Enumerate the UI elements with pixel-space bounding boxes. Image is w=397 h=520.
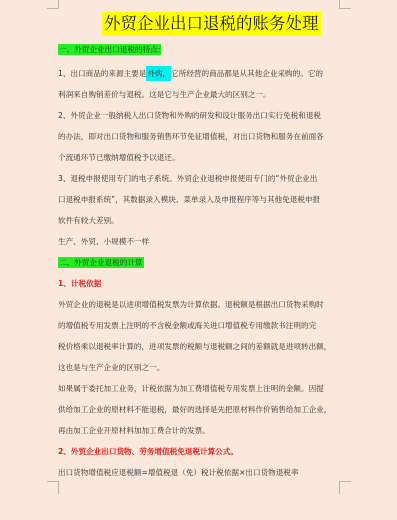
item3-line1: 3、退税申报使用专门的电子系统。外贸企业退税申报使用专门的“外贸企业出 [58, 173, 317, 185]
item1-highlight: 外购， [146, 66, 171, 81]
item1-line1: 1、出口商品的来源主要是外购，它所经营的商品都是从其他企业采购的。它的 [58, 68, 323, 80]
document-title: 外贸企业出口退税的账务处理 [102, 12, 321, 36]
page-corner-top-left [47, 0, 59, 9]
item2-line2: 的办法，即对出口货物和服务销售环节免征增值税，对出口货物和服务在前面各 [58, 131, 324, 143]
sub1-para1-line2: 的增值税专用发票上注明的不含税金额或海关进口增值税专用缴款书注明的完 [58, 320, 316, 332]
sub1-para2-line3: 再由加工企业开原材料加加工费合计的发票。 [58, 425, 210, 437]
item2-line3: 个流通环节已缴纳增值税予以退还。 [58, 152, 180, 164]
sub1-para1-line1: 外贸企业的退税是以进项增值税发票为计算依据。退税额是根据出口货物采购时 [58, 299, 324, 311]
page-corner-top-right [339, 0, 351, 9]
section1-heading-line: 一、外贸企业出口退税的特点: [58, 44, 161, 56]
item1-prefix: 1、出口商品的来源主要是 [58, 69, 146, 78]
section2-heading-line: 二、外贸企业退税的计算 [58, 257, 144, 269]
page-corner-bottom-left [47, 481, 59, 494]
page-corner-bottom-right [339, 481, 351, 494]
sub1-para2-line2: 供给加工企业的原材料不能退税，最好的选择是先把原材料作价销售给加工企业， [58, 404, 331, 416]
item1-suffix: 它所经营的商品都是从其他企业采购的。它的 [171, 69, 323, 78]
item3-line3: 软件有较大差别。 [58, 215, 119, 227]
sub1-para1-line4: 这也是与生产企业的区别之一。 [58, 362, 164, 374]
sub1-heading: 1、计税依据 [58, 278, 101, 290]
section1-heading: 一、外贸企业出口退税的特点: [58, 44, 161, 55]
sub1-para2-line1: 如果属于委托加工业务，计税依据为加工费增值税专用发票上注明的金额。因提 [58, 383, 324, 395]
section1-note: 生产、外贸、小规模不一样 [58, 236, 149, 248]
sub1-para1-line3: 税价格乘以退税率计算的，进项发票的税额与退税额之间的差额就是进项转出额， [58, 341, 331, 353]
item2-line1: 2、外贸企业一般纳税人出口货物和外购的研发和设计服务出口实行免税和退税 [58, 110, 321, 122]
sub2-formula: 出口货物增值税应退税额=增值税退（免）税计税依据×出口货物退税率 [58, 467, 299, 479]
item1-line2: 利润来自购销差价与退税。这是它与生产企业最大的区别之一。 [58, 89, 271, 101]
item3-line2: 口退税申报系统”，其数据录入模块、菜单录入及申报程序等与其他免退税申报 [58, 194, 320, 206]
sub2-heading: 2、外贸企业出口货物、劳务增值税免退税计算公式。 [58, 446, 238, 458]
section2-heading: 二、外贸企业退税的计算 [58, 257, 144, 268]
